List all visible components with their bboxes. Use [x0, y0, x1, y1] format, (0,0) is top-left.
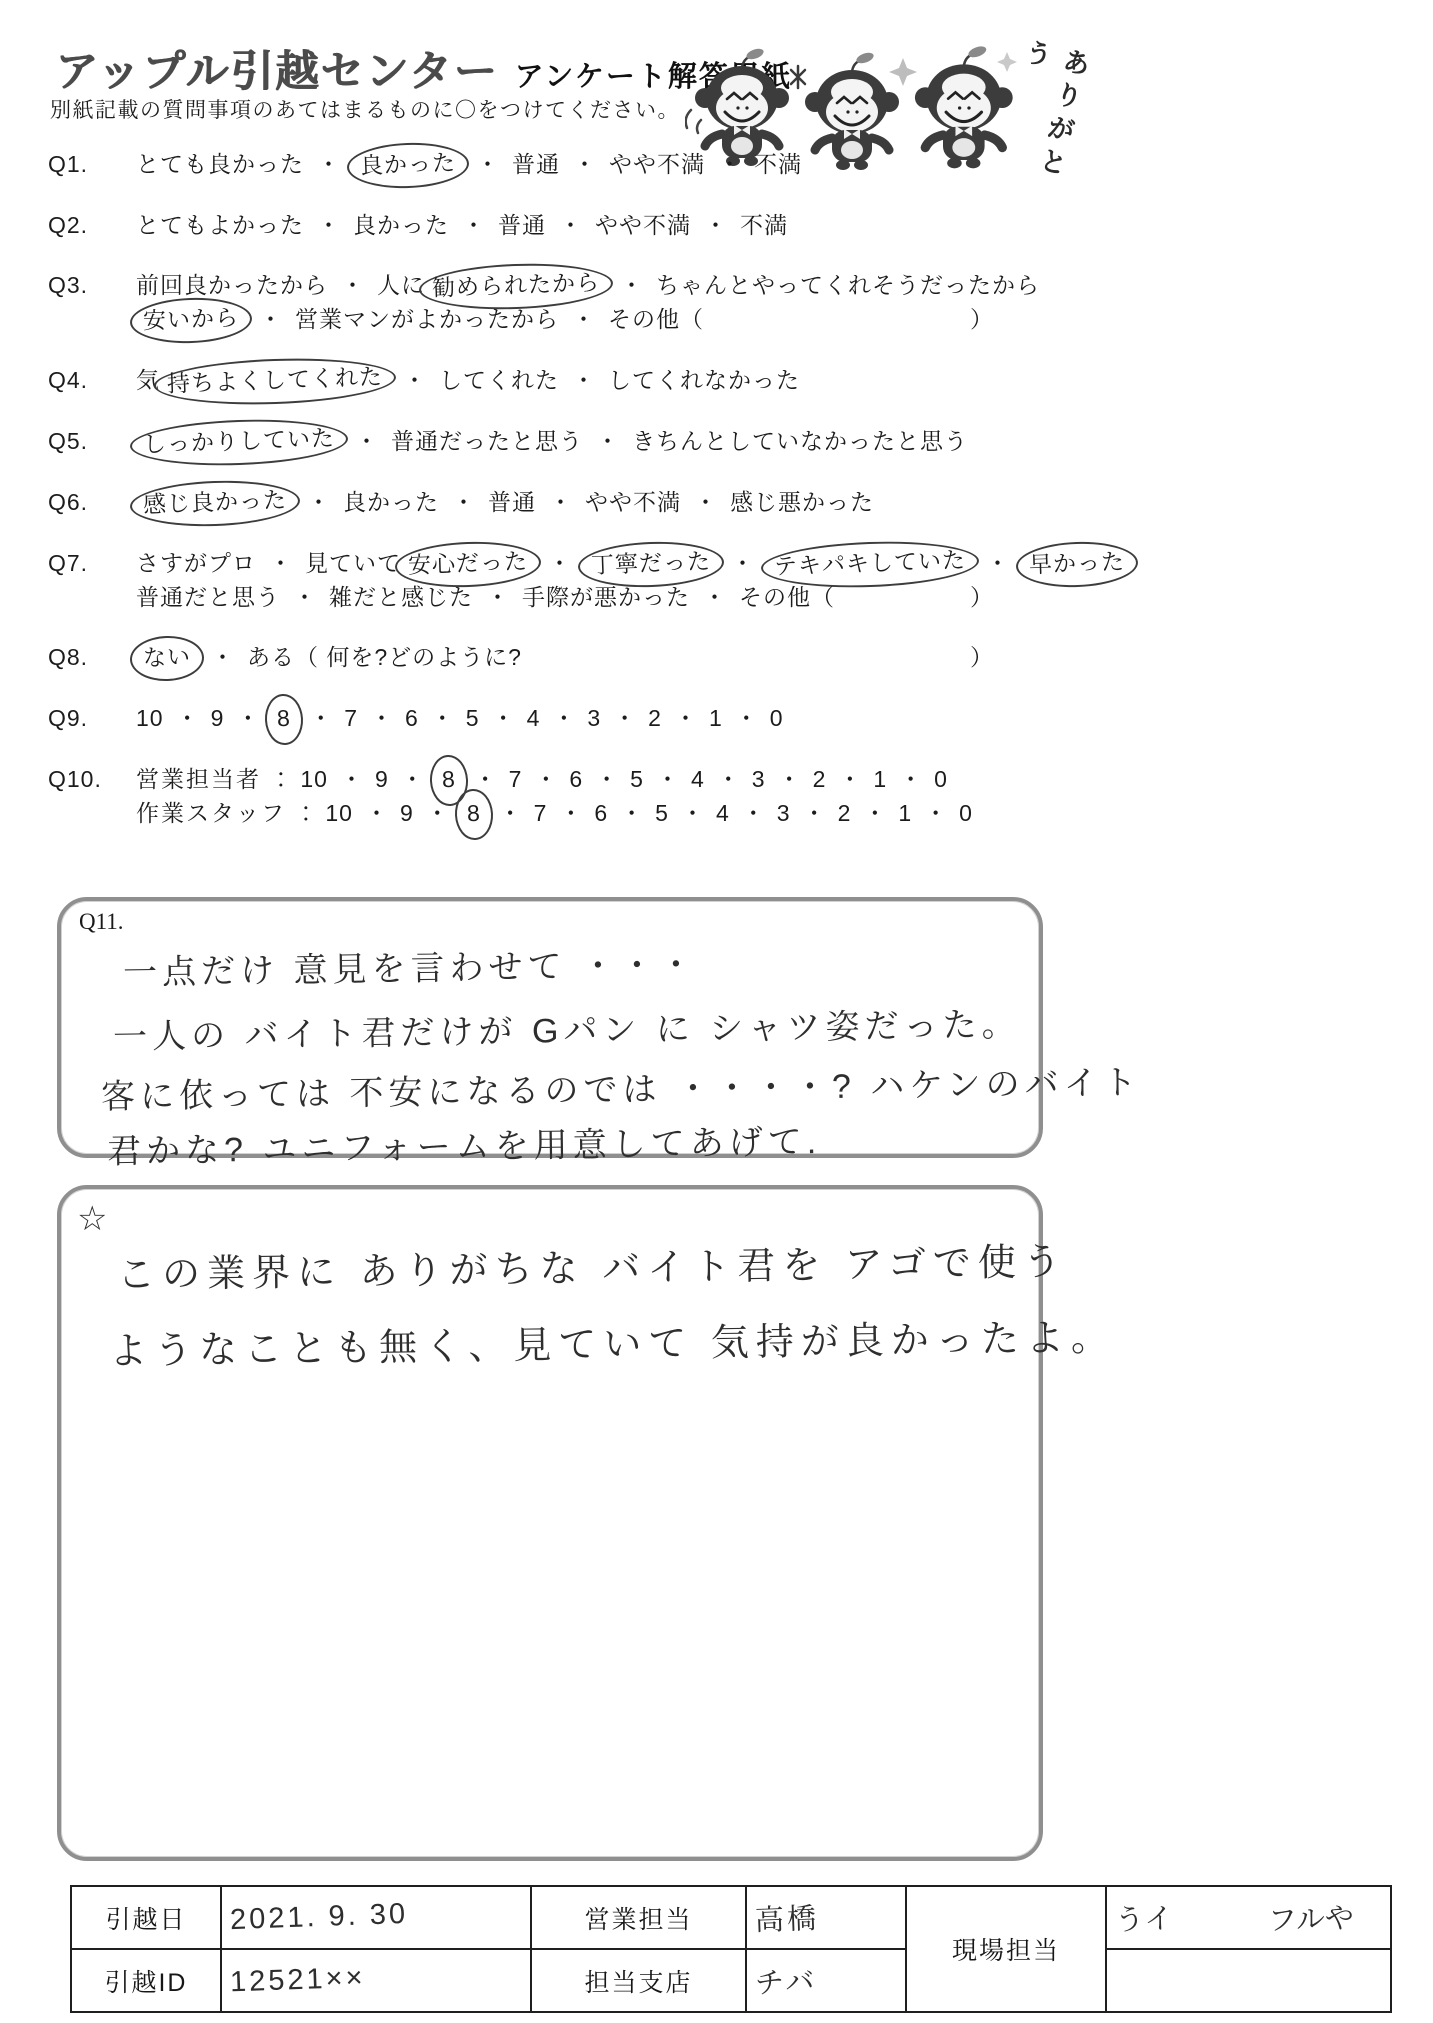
answer-option[interactable]: 見ていて	[305, 550, 401, 576]
handwritten-value: 2021. 9. 30	[229, 1898, 408, 1937]
answer-option-selected[interactable]: 感じ良かった	[129, 478, 300, 529]
question-line: 作業スタッフ ：10・9・8・7・6・5・4・3・2・1・0	[48, 797, 993, 831]
answer-option[interactable]: 7	[509, 766, 523, 792]
handwritten-value: 12521××	[229, 1962, 366, 2000]
option-separator: ・	[717, 766, 740, 792]
option-separator: ・	[474, 766, 497, 792]
answer-option[interactable]: 9	[400, 800, 414, 826]
table-row: 引越ID12521××担当支店チバ	[71, 1949, 1391, 2012]
question-id: Q4.	[48, 364, 136, 397]
answer-option[interactable]: きちんとしていなかったと思う	[632, 428, 968, 454]
answer-option[interactable]: 9	[375, 766, 389, 792]
handwritten-comment-line: 一人の バイト君だけが Gパン に シャツ姿だった。	[113, 997, 1021, 1059]
option-separator: ・	[293, 584, 316, 610]
option-separator: ・	[341, 272, 364, 298]
handwritten-comment-line: 一点だけ 意見を言わせて ・・・	[123, 937, 699, 994]
comment-box-star[interactable]: ☆ この業界に ありがちな バイト君を アゴで使うようなことも無く、見ていて 気…	[57, 1185, 1043, 1861]
question: Q3.前回良かったから・人に勧められたから・ちゃんとやってくれそうだったから安い…	[48, 269, 993, 337]
comment-box-q11[interactable]: Q11. 一点だけ 意見を言わせて ・・・一人の バイト君だけが Gパン に シ…	[57, 897, 1043, 1158]
option-separator: ・	[559, 212, 582, 238]
answer-option[interactable]: 0	[934, 766, 948, 792]
question-line: Q2.とてもよかった・良かった・普通・やや不満・不満	[48, 209, 993, 242]
question: Q2.とてもよかった・良かった・普通・やや不満・不満	[48, 209, 993, 242]
answer-option[interactable]: 普通	[512, 151, 560, 177]
answer-option[interactable]: 5	[466, 705, 480, 731]
option-separator: ・	[573, 151, 596, 177]
answer-option[interactable]: 5	[655, 800, 669, 826]
option-separator: ・	[499, 800, 522, 826]
question: Q1.とても良かった・良かった・普通・やや不満・不満	[48, 148, 993, 182]
question-list: Q1.とても良かった・良かった・普通・やや不満・不満Q2.とてもよかった・良かっ…	[48, 148, 993, 858]
handwritten-comment-line: 君かな? ユニフォームを用意してあげて.	[107, 1114, 822, 1173]
option-separator: ・	[863, 800, 886, 826]
answer-option[interactable]: 2	[648, 705, 662, 731]
handwritten-praise-line: ようなことも無く、見ていて 気持が良かったよ。	[109, 1306, 1116, 1375]
answer-option[interactable]: ある（ 何を?どのように?	[247, 644, 522, 670]
option-separator: ・	[452, 489, 475, 515]
option-separator: ・	[403, 367, 426, 393]
header: アップル引越センターアンケート解答用紙	[55, 38, 792, 99]
answer-option[interactable]: 不満	[754, 151, 802, 177]
option-separator: ・	[401, 766, 424, 792]
question: Q7.さすがプロ・見ていて安心だった・丁寧だった・テキパキしていた・早かった普通…	[48, 547, 993, 614]
answer-option-selected[interactable]: 持ちよくしてくれた	[153, 355, 396, 408]
option-separator: ・	[426, 800, 449, 826]
option-separator: ・	[259, 306, 282, 332]
answer-option[interactable]: 1	[873, 766, 887, 792]
answer-option[interactable]: 4	[691, 766, 705, 792]
question-id: Q5.	[48, 425, 136, 458]
footer-table: 引越日2021. 9. 30営業担当高橋現場担当うイフルや引越ID12521××…	[70, 1885, 1392, 2013]
handwritten-praise-line: この業界に ありがちな バイト君を アゴで使う	[117, 1230, 1068, 1298]
table-value-cell: 高橋	[746, 1886, 906, 1949]
answer-option-selected[interactable]: 良かった	[346, 141, 469, 190]
option-separator: ・	[778, 766, 801, 792]
score-target-label: 作業スタッフ ：	[136, 800, 319, 826]
brand-logo: アップル引越センター	[55, 48, 499, 96]
option-separator: ・	[370, 705, 393, 731]
table-row: 引越日2021. 9. 30営業担当高橋現場担当うイフルや	[71, 1886, 1391, 1949]
answer-option[interactable]: その他（	[608, 306, 704, 332]
option-separator: ・	[681, 800, 704, 826]
answer-option[interactable]: やや不満	[609, 151, 705, 177]
answer-option[interactable]: 感じ悪かった	[730, 489, 874, 515]
question: Q8.ない・ある（ 何を?どのように?）	[48, 641, 993, 675]
option-separator: ・	[431, 705, 454, 731]
answer-option[interactable]: 4	[716, 800, 730, 826]
answer-option[interactable]: 普通だったと思う	[391, 428, 583, 454]
question-id: Q7.	[48, 547, 136, 580]
answer-option[interactable]: 10	[136, 705, 164, 731]
answer-option[interactable]: 手際が悪かった	[522, 584, 690, 610]
answer-option-selected[interactable]: しっかりしていた	[129, 416, 348, 469]
answer-option[interactable]: 5	[630, 766, 644, 792]
question-line: Q4.気持ちよくしてくれた・してくれた・してくれなかった	[48, 364, 993, 398]
question: Q6.感じ良かった・良かった・普通・やや不満・感じ悪かった	[48, 486, 993, 520]
table-label-cell: 引越日	[71, 1886, 221, 1949]
option-separator: ・	[365, 800, 388, 826]
question: Q10.営業担当者 ：10・9・8・7・6・5・4・3・2・1・0作業スタッフ …	[48, 763, 993, 831]
table-label-cell: 担当支店	[531, 1949, 746, 2012]
question: Q9.10・9・8・7・6・5・4・3・2・1・0	[48, 702, 993, 736]
handwritten-value: 高橋	[754, 1896, 819, 1939]
answer-option[interactable]: 2	[813, 766, 827, 792]
option-separator: ・	[731, 550, 754, 576]
question-id: Q2.	[48, 209, 136, 242]
option-separator: ・	[476, 151, 499, 177]
option-separator: ・	[899, 766, 922, 792]
option-separator: ・	[549, 489, 572, 515]
answer-option[interactable]: その他（	[739, 584, 835, 610]
option-separator: ・	[269, 550, 292, 576]
score-target-label: 営業担当者 ：	[136, 766, 294, 792]
answer-option[interactable]: 営業マンがよかったから	[295, 306, 559, 332]
answer-option[interactable]: 4	[527, 705, 541, 731]
question-line: 安いから・営業マンがよかったから・その他（）	[48, 303, 993, 337]
handwritten-comment-line: 客に依っては 不安になるのでは ・・・・? ハケンのバイト	[101, 1055, 1142, 1119]
option-separator: ・	[704, 212, 727, 238]
answer-option[interactable]: 7	[534, 800, 548, 826]
answer-option[interactable]: やや不満	[585, 489, 681, 515]
option-separator: ・	[317, 212, 340, 238]
option-separator: ・	[492, 705, 515, 731]
answer-option[interactable]: とても良かった	[136, 151, 304, 177]
option-separator: ・	[340, 766, 363, 792]
question-line: Q8.ない・ある（ 何を?どのように?）	[48, 641, 993, 675]
close-paren: ）	[970, 581, 993, 614]
answer-option[interactable]: 1	[709, 705, 723, 731]
table-value-cell: 2021. 9. 30	[221, 1886, 531, 1949]
option-separator: ・	[309, 705, 332, 731]
option-separator: ・	[552, 705, 575, 731]
option-separator: ・	[694, 489, 717, 515]
option-separator: ・	[986, 550, 1009, 576]
crew-names-cell: うイフルや	[1106, 1886, 1391, 1949]
option-separator: ・	[559, 800, 582, 826]
answer-option[interactable]: 前回良かったから	[136, 272, 328, 298]
table-label-cell: 営業担当	[531, 1886, 746, 1949]
question-line: Q9.10・9・8・7・6・5・4・3・2・1・0	[48, 702, 993, 736]
answer-option-selected[interactable]: 8	[264, 693, 304, 746]
option-separator: ・	[620, 272, 643, 298]
option-separator: ・	[176, 705, 199, 731]
answer-option-selected[interactable]: 早かった	[1015, 540, 1138, 589]
option-separator: ・	[211, 644, 234, 670]
option-separator: ・	[595, 766, 618, 792]
table-value-cell	[1106, 1949, 1391, 2012]
table-label-cell: 現場担当	[906, 1886, 1106, 2012]
answer-option[interactable]: してくれなかった	[608, 367, 800, 393]
option-separator: ・	[735, 705, 758, 731]
answer-option[interactable]: やや不満	[595, 212, 691, 238]
question-id: Q1.	[48, 148, 136, 181]
option-separator: ・	[924, 800, 947, 826]
option-separator: ・	[674, 705, 697, 731]
handwritten-value: チバ	[754, 1959, 818, 2002]
answer-option[interactable]: 6	[405, 705, 419, 731]
question: Q4.気持ちよくしてくれた・してくれた・してくれなかった	[48, 364, 993, 398]
answer-option[interactable]: 人に	[377, 272, 425, 298]
option-separator: ・	[534, 766, 557, 792]
question-line: Q7.さすがプロ・見ていて安心だった・丁寧だった・テキパキしていた・早かった	[48, 547, 993, 581]
answer-option[interactable]: 2	[838, 800, 852, 826]
option-separator: ・	[803, 800, 826, 826]
answer-option[interactable]: 9	[211, 705, 225, 731]
question-line: Q6.感じ良かった・良かった・普通・やや不満・感じ悪かった	[48, 486, 993, 520]
option-separator: ・	[718, 151, 741, 177]
survey-answer-sheet: アップル引越センターアンケート解答用紙 別紙記載の質問事項のあてはまるものに〇を…	[0, 0, 1433, 2023]
option-separator: ・	[572, 367, 595, 393]
handwritten-name: フルや	[1267, 1896, 1354, 1940]
answer-option[interactable]: 普通だと思う	[136, 584, 280, 610]
answer-option-selected[interactable]: 安いから	[129, 296, 252, 345]
table-label-cell: 引越ID	[71, 1949, 221, 2012]
option-separator: ・	[355, 428, 378, 454]
answer-option[interactable]: 3	[777, 800, 791, 826]
answer-option[interactable]: 不満	[740, 212, 788, 238]
answer-option[interactable]: 6	[569, 766, 583, 792]
answer-option[interactable]: ちゃんとやってくれそうだったから	[656, 272, 1040, 298]
answer-option[interactable]: とてもよかった	[136, 212, 304, 238]
table-value-cell: 12521××	[221, 1949, 531, 2012]
option-separator: ・	[838, 766, 861, 792]
option-separator: ・	[462, 212, 485, 238]
option-separator: ・	[703, 584, 726, 610]
option-separator: ・	[307, 489, 330, 515]
question-id: Q6.	[48, 486, 136, 519]
answer-option[interactable]: 良かった	[353, 212, 449, 238]
question-id: Q10.	[48, 763, 136, 796]
option-separator: ・	[620, 800, 643, 826]
instruction-text: 別紙記載の質問事項のあてはまるものに〇をつけてください。	[50, 94, 680, 124]
question-line: 普通だと思う・雑だと感じた・手際が悪かった・その他（）	[48, 581, 993, 614]
option-separator: ・	[656, 766, 679, 792]
answer-option[interactable]: 普通	[498, 212, 546, 238]
question-line: Q5.しっかりしていた・普通だったと思う・きちんとしていなかったと思う	[48, 425, 993, 459]
option-separator: ・	[596, 428, 619, 454]
answer-option[interactable]: さすがプロ	[136, 550, 256, 576]
option-separator: ・	[486, 584, 509, 610]
question-id: Q9.	[48, 702, 136, 735]
question-line: Q1.とても良かった・良かった・普通・やや不満・不満	[48, 148, 993, 182]
option-separator: ・	[742, 800, 765, 826]
answer-option[interactable]: 雑だと感じた	[329, 584, 473, 610]
option-separator: ・	[236, 705, 259, 731]
answer-option[interactable]: 3	[587, 705, 601, 731]
option-separator: ・	[317, 151, 340, 177]
answer-option[interactable]: 0	[770, 705, 784, 731]
answer-option[interactable]: してくれた	[439, 367, 559, 393]
close-paren: ）	[970, 641, 993, 674]
question-id: Q3.	[48, 269, 136, 302]
q11-label: Q11.	[79, 909, 124, 935]
question: Q5.しっかりしていた・普通だったと思う・きちんとしていなかったと思う	[48, 425, 993, 459]
close-paren: ）	[970, 303, 993, 336]
option-separator: ・	[548, 550, 571, 576]
answer-option[interactable]: 7	[344, 705, 358, 731]
table-value-cell: チバ	[746, 1949, 906, 2012]
answer-option[interactable]: 0	[959, 800, 973, 826]
option-separator: ・	[572, 306, 595, 332]
star-icon: ☆	[77, 1199, 107, 1239]
question-id: Q8.	[48, 641, 136, 674]
answer-option[interactable]: 1	[898, 800, 912, 826]
answer-option[interactable]: 良かった	[343, 489, 439, 515]
answer-option[interactable]: 3	[752, 766, 766, 792]
answer-option[interactable]: 10	[325, 800, 353, 826]
option-separator: ・	[613, 705, 636, 731]
answer-option[interactable]: 普通	[488, 489, 536, 515]
question-line: Q10.営業担当者 ：10・9・8・7・6・5・4・3・2・1・0	[48, 763, 993, 797]
answer-option[interactable]: 6	[594, 800, 608, 826]
answer-option[interactable]: 10	[300, 766, 328, 792]
handwritten-name: うイ	[1114, 1896, 1173, 1939]
answer-option-selected[interactable]: ない	[129, 635, 205, 683]
